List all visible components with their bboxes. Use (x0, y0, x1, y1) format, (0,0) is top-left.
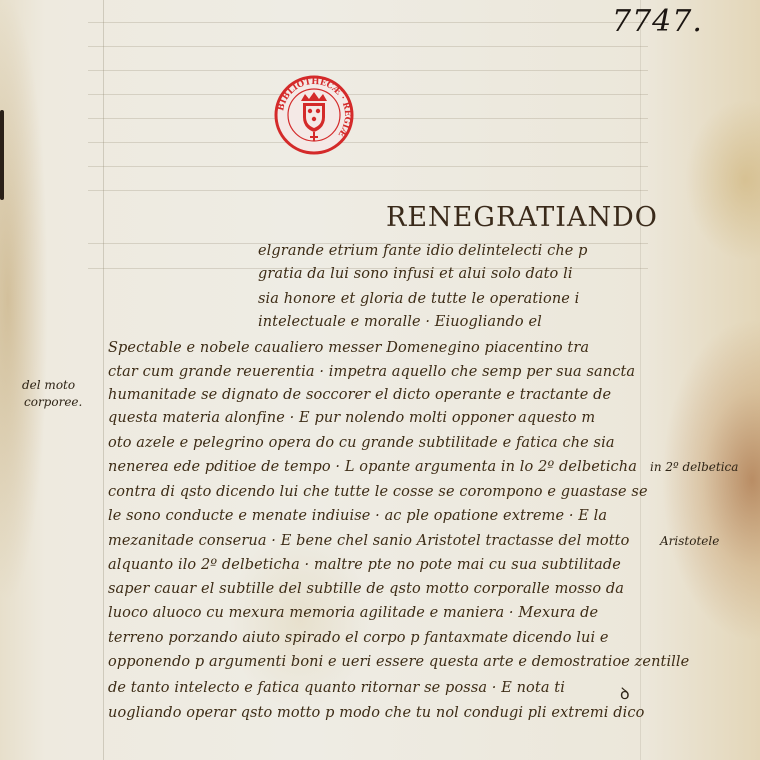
text-line: de tanto intelecto e fatica quanto ritor… (108, 680, 565, 696)
ruling-line (88, 22, 648, 23)
text-line: gratia da lui sono infusi et alui solo d… (258, 266, 573, 282)
text-line: oto azele e pelegrino opera do cu grande… (108, 435, 615, 451)
text-line: elgrande etrium fante idio delintelecti … (258, 243, 588, 259)
text-line: Spectable e nobele caualiero messer Dome… (108, 340, 589, 356)
text-line: contra di qsto dicendo lui che tutte le … (108, 484, 648, 500)
ruling-line (88, 142, 648, 143)
ruling-line (88, 190, 648, 191)
manuscript-title: RENEGRATIANDO (386, 202, 658, 233)
text-line: sia honore et gloria de tutte le operati… (258, 291, 579, 307)
text-line: nenerea ede pditioe de tempo · L opante … (108, 459, 637, 475)
text-line: opponendo p argumenti boni e ueri essere… (108, 654, 689, 670)
margin-note-left: del moto (22, 378, 75, 392)
text-line: questa materia alonfine · E pur nolendo … (108, 410, 595, 426)
shelfmark-number: 7747. (612, 4, 703, 39)
text-line: ctar cum grande reuerentia · impetra aqu… (108, 364, 635, 380)
manuscript-page: 7747. BIBLIOTHECÆ · REGIÆ RENEGRATIANDO … (0, 0, 760, 760)
text-line: alquanto ilo 2º delbeticha · maltre pte … (108, 557, 621, 573)
text-line: le sono conducte e menate indiuise · ac … (108, 508, 607, 524)
margin-note-right: Aristotele (660, 534, 719, 548)
text-line: terreno porzando aiuto spirado el corpo … (108, 630, 609, 646)
ruling-line-vertical (103, 0, 104, 760)
library-stamp-icon: BIBLIOTHECÆ · REGIÆ (274, 75, 354, 155)
text-line: humanitade se dignato de soccorer el dic… (108, 387, 611, 403)
ruling-line (88, 118, 648, 119)
ruling-line (88, 166, 648, 167)
paragraph-mark-icon: ꝺ (620, 682, 630, 704)
margin-note-left: corporee. (24, 395, 82, 409)
ruling-line (88, 94, 648, 95)
text-line: intelectuale e moralle · Eiuogliando el (258, 314, 542, 330)
text-line: saper cauar el subtille del subtille de … (108, 581, 624, 597)
margin-note-right: in 2º delbetica (650, 460, 738, 474)
ruling-line (88, 70, 648, 71)
text-line: luoco aluoco cu mexura memoria agilitade… (108, 605, 598, 621)
text-line: uogliando operar qsto motto p modo che t… (108, 705, 644, 721)
ruling-line (88, 46, 648, 47)
text-line: mezanitade conserua · E bene chel sanio … (108, 533, 629, 549)
binding-edge (0, 110, 4, 200)
ruling-line-vertical (640, 0, 641, 760)
